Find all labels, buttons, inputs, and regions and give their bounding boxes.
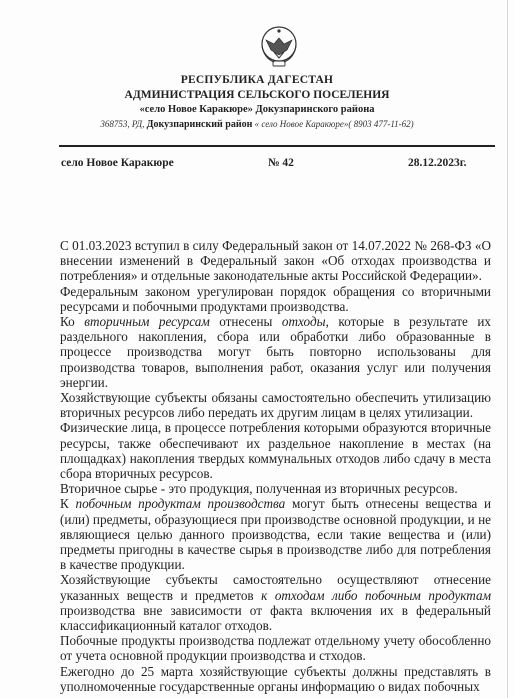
meta-date: 28.12.2023г. (408, 157, 467, 169)
paragraph: К побочным продуктам производства могут … (60, 496, 491, 572)
term-by-products: побочным продуктам производства (76, 496, 286, 511)
paragraph: Хозяйствующие субъекты самостоятельно ос… (60, 572, 491, 633)
paragraph: С 01.03.2023 вступил в силу Федеральный … (60, 238, 491, 284)
header-administration: АДМИНИСТРАЦИЯ СЕЛЬСКОГО ПОСЕЛЕНИЯ (0, 89, 514, 101)
address-prefix: 368753, РД, (100, 119, 144, 129)
meta-number: № 42 (268, 157, 294, 169)
paragraph: Хозяйствующие субъекты обязаны самостоят… (60, 390, 491, 420)
paragraph: Вторичное сырье - это продукция, получен… (60, 481, 491, 496)
paragraph: Побочные продукты производства подлежат … (60, 633, 491, 663)
header-divider (59, 145, 495, 147)
term-waste-or-by-products: к отходам либо побочным продуктам (261, 588, 491, 603)
paragraph: Ко вторичным ресурсам отнесены отходы, к… (60, 314, 491, 390)
header-address: 368753, РД, Докузпаринский район « село … (0, 119, 514, 130)
address-district: Докузпаринский район (147, 119, 253, 130)
address-suffix: « село Новое Каракюре»( 8903 477-11-62) (255, 119, 414, 129)
document-body: С 01.03.2023 вступил в силу Федеральный … (60, 238, 491, 694)
term-secondary-resources: вторичным ресурсам (84, 314, 210, 329)
paragraph: Ежегодно до 25 марта хозяйствующие субъе… (60, 664, 491, 694)
header-republic: РЕСПУБЛИКА ДАГЕСТАН (0, 74, 514, 86)
coat-of-arms-emblem-icon (256, 22, 302, 70)
meta-place: село Новое Каракюре (61, 157, 174, 169)
paragraph: Федеральным законом урегулирован порядок… (60, 284, 491, 314)
paragraph: Физические лица, в процессе потребления … (60, 420, 491, 481)
header-settlement: «село Новое Каракюре» Докузпаринского ра… (0, 104, 514, 115)
term-waste: отходы (282, 314, 326, 329)
